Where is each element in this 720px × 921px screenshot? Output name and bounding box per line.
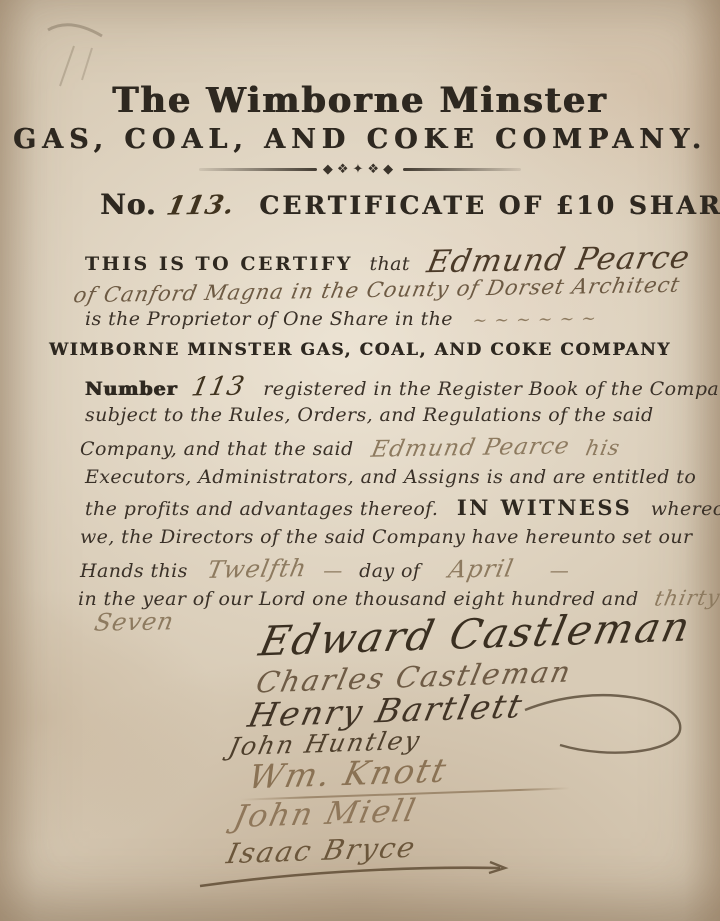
proprietor-line: is the Proprietor of One Share in the ~ … — [85, 308, 597, 330]
dash-2: — — [550, 560, 569, 582]
filler-dashes: ~ ~ ~ ~ ~ ~ — [471, 309, 599, 331]
share-certificate-document: The Wimborne Minster GAS, COAL, AND COKE… — [0, 0, 720, 921]
pen-flourish-loop — [520, 690, 690, 770]
registered-text: registered in the Register Book of the C… — [263, 378, 720, 400]
year-units: Seven — [92, 607, 177, 636]
witness-caps: IN WITNESS — [457, 495, 632, 520]
directors-line: we, the Directors of the said Company ha… — [80, 526, 693, 548]
day-of-text: day of — [359, 560, 420, 582]
company-said-line: Company, and that the said Edmund Pearce… — [80, 435, 620, 461]
divider-ornament-icon: ◆❖✦❖◆ — [317, 162, 403, 177]
signature-flourish-arrow — [195, 856, 525, 896]
divider-rule-left — [199, 168, 317, 171]
whereof-text: whereof, — [651, 498, 720, 520]
company-title-line1: The Wimborne Minster — [0, 80, 720, 121]
number-line: Number 113 registered in the Register Bo… — [85, 372, 720, 402]
signature-edward-castleman: Edward Castleman — [255, 603, 696, 666]
subject-line: subject to the Rules, Orders, and Regula… — [85, 404, 654, 426]
holder-name-2: Edmund Pearce — [369, 433, 572, 462]
ornament-divider: ◆❖✦❖◆ — [0, 162, 720, 177]
hands-this-text: Hands this — [80, 560, 188, 582]
signature-wm-knott: Wm. Knott — [245, 751, 451, 797]
his-word: his — [583, 436, 622, 461]
witness-line: the profits and advantages thereof. IN W… — [85, 495, 720, 520]
number-label: Number — [85, 378, 178, 400]
executors-line: Executors, Administrators, and Assigns i… — [85, 466, 696, 488]
certify-caps: THIS IS TO CERTIFY — [85, 253, 353, 275]
certify-that: that — [369, 253, 409, 275]
certificate-number-line: No. 113. CERTIFICATE OF £10 SHARE. — [100, 188, 720, 221]
company-name-caps: WIMBORNE MINSTER GAS, COAL, AND COKE COM… — [0, 340, 720, 360]
proprietor-text: is the Proprietor of One Share in the — [85, 308, 453, 330]
company-title-line2: GAS, COAL, AND COKE COMPANY. — [0, 124, 720, 155]
number-value: 113 — [189, 372, 248, 403]
day-word: Twelfth — [205, 554, 309, 584]
divider-rule-right — [403, 168, 521, 171]
signature-john-miell: John Miell — [230, 793, 420, 835]
company-said-text: Company, and that the said — [80, 438, 354, 460]
month-word: April — [446, 554, 516, 583]
profits-text: the profits and advantages thereof. — [85, 498, 438, 520]
dash-1: — — [323, 560, 342, 582]
residence-text: of Canford Magna in the County of Dorset… — [72, 273, 683, 308]
certify-line: THIS IS TO CERTIFY that Edmund Pearce — [85, 242, 690, 278]
certificate-no-value: 113. — [164, 190, 237, 221]
date-line: Hands this Twelfth — day of April — — [80, 555, 569, 583]
year-units-line: Seven — [95, 608, 174, 636]
residence-line: of Canford Magna in the County of Dorset… — [75, 278, 679, 302]
certificate-no-label: No. — [100, 188, 157, 221]
certificate-headline: CERTIFICATE OF £10 SHARE. — [259, 191, 720, 220]
